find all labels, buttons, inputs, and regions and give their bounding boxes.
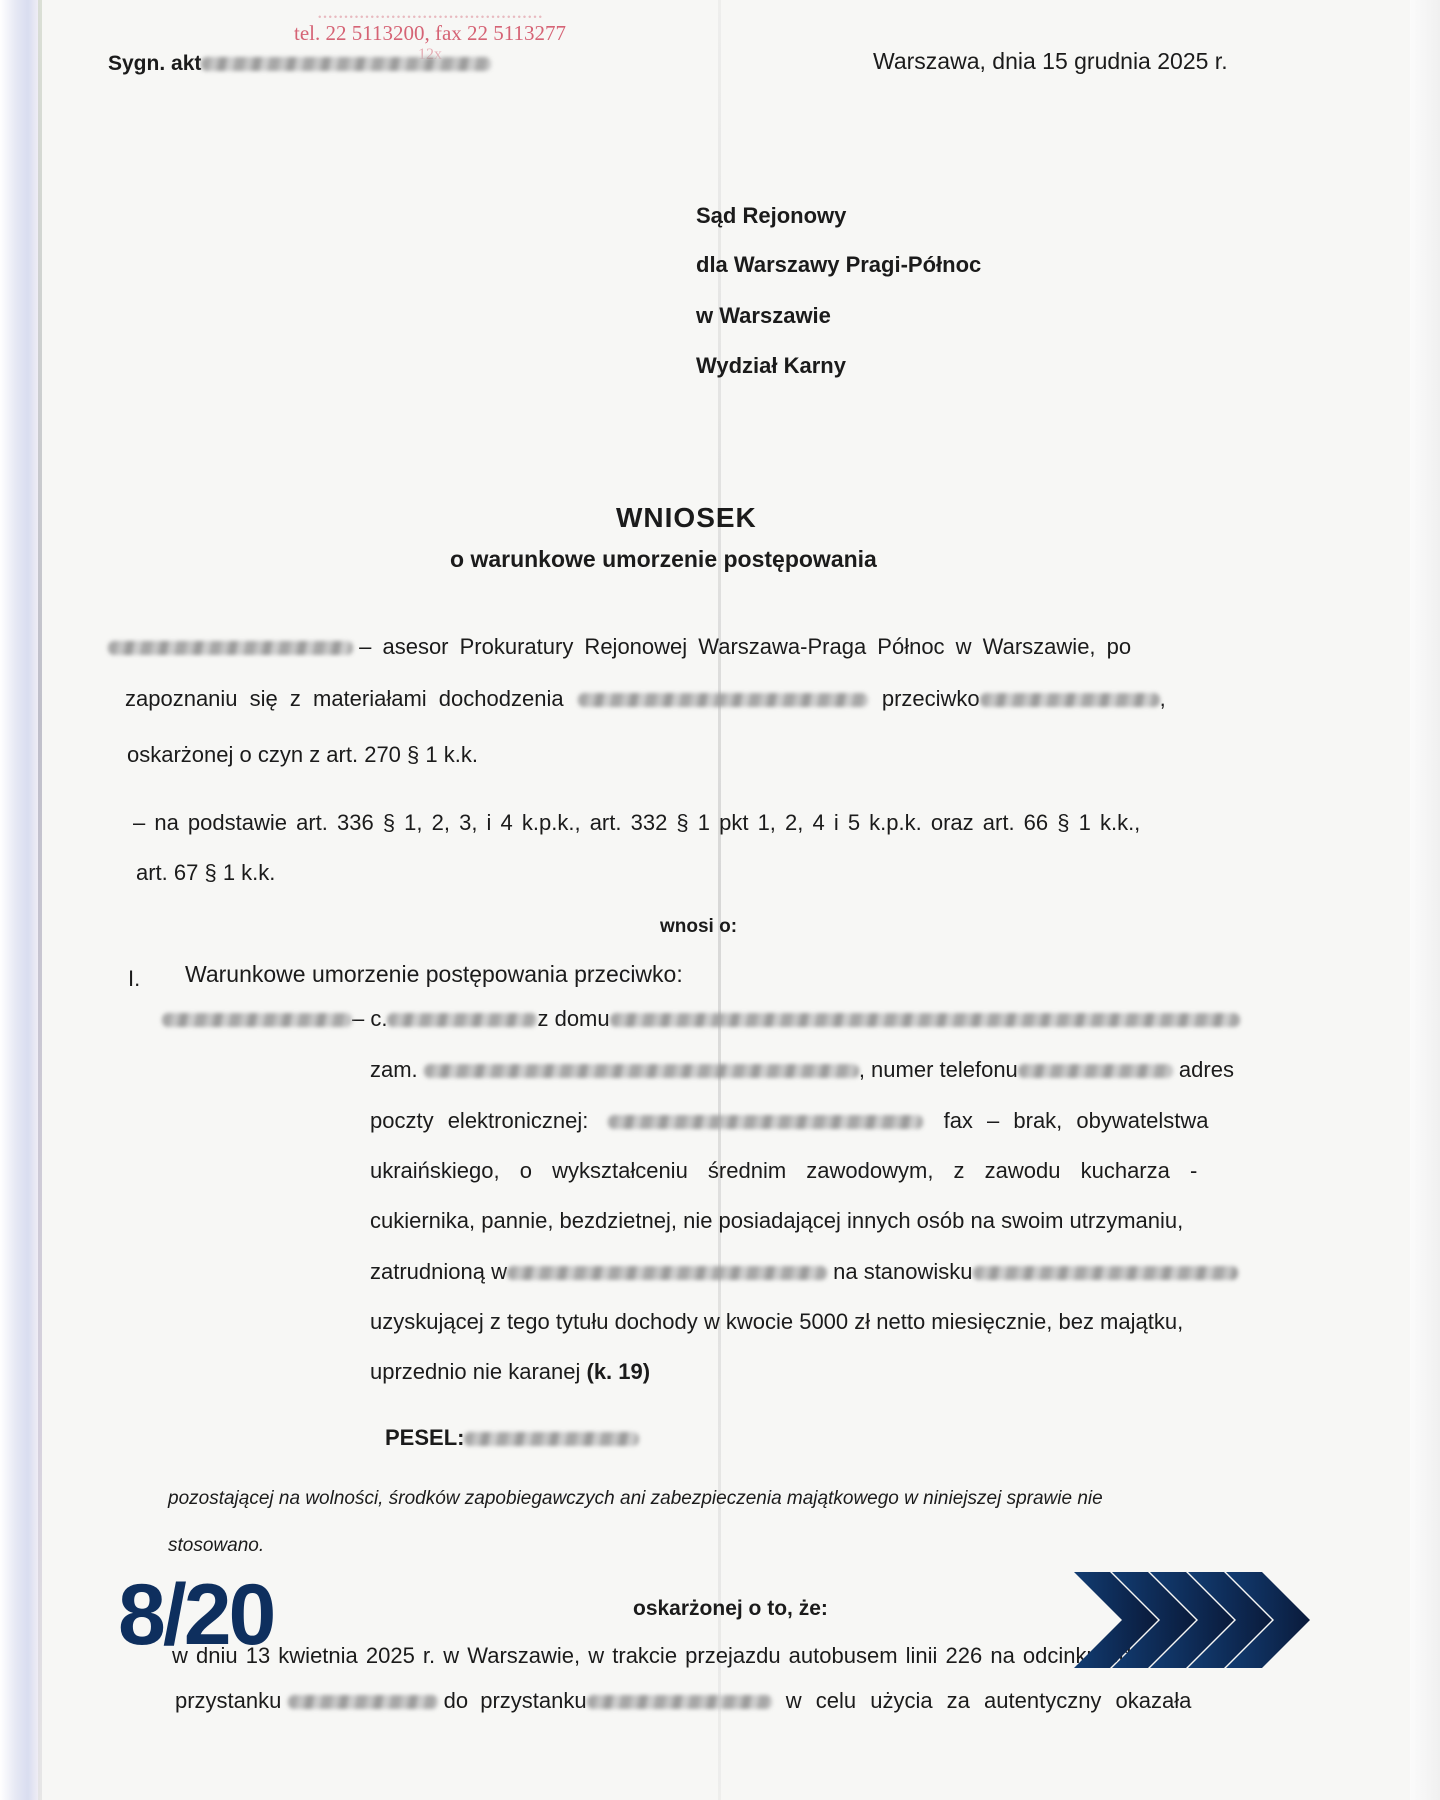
case-ref-label: Sygn. akt — [108, 52, 201, 75]
addressee-city: w Warszawie — [696, 303, 831, 329]
email-label: poczty elektronicznej: — [370, 1108, 588, 1133]
item-title: Warunkowe umorzenie postępowania przeciw… — [185, 961, 683, 988]
email-line: poczty elektronicznej: fax – brak, obywa… — [370, 1108, 1260, 1134]
intro-comma: , — [1160, 686, 1166, 711]
scan-left-edge — [0, 0, 40, 1800]
record-text: uprzednio nie karanej — [370, 1359, 580, 1384]
stop-to-label: do przystanku — [444, 1688, 587, 1713]
phone-label: , numer telefonu — [859, 1057, 1018, 1082]
employer-label: zatrudnioną w — [370, 1259, 507, 1284]
family-line: cukiernika, pannie, bezdzietnej, nie pos… — [370, 1208, 1260, 1234]
address-label: zam. — [370, 1057, 418, 1082]
intro-text-2b: przeciwko — [882, 686, 980, 711]
paper-edge — [38, 0, 42, 1800]
redacted-address — [424, 1064, 859, 1078]
redacted-position — [973, 1266, 1238, 1280]
email-label-start: adres — [1179, 1057, 1234, 1082]
addressee-court: Sąd Rejonowy — [696, 203, 846, 229]
document-title: WNIOSEK — [616, 502, 757, 534]
employment-line: zatrudnioną w na stanowisku — [370, 1259, 1260, 1285]
income-line: uzyskującej z tego tytułu dochody w kwoc… — [370, 1309, 1260, 1335]
education-line: ukraińskiego, o wykształceniu średnim za… — [370, 1158, 1260, 1184]
criminal-record-line: uprzednio nie karanej (k. 19) — [370, 1359, 1260, 1385]
pesel-field: PESEL: — [385, 1425, 639, 1451]
custody-note-line-1: pozostającej na wolności, środków zapobi… — [168, 1488, 1103, 1510]
redacted-phone — [1018, 1064, 1173, 1078]
position-label: na stanowisku — [833, 1259, 972, 1284]
redacted-pesel — [464, 1432, 639, 1446]
redacted-email — [608, 1115, 923, 1129]
case-reference: Sygn. akt — [108, 52, 491, 76]
document-subtitle: o warunkowe umorzenie postępowania — [450, 546, 877, 573]
stamp-line-top: ........................................… — [230, 0, 630, 22]
charge-text-end: w celu użycia za autentyczny okazała — [786, 1688, 1192, 1713]
redacted-full-name — [162, 1013, 352, 1027]
redacted-case-number — [201, 57, 491, 71]
intro-line-1: – asesor Prokuratury Rejonowej Warszawa-… — [108, 634, 1263, 660]
stop-from-label: przystanku — [175, 1688, 281, 1713]
place-and-date: Warszawa, dnia 15 grudnia 2025 r. — [873, 48, 1228, 75]
redacted-prosecutor-name — [108, 641, 353, 655]
fax-citizenship-text: fax – brak, obywatelstwa — [944, 1108, 1209, 1133]
pesel-label: PESEL: — [385, 1425, 464, 1450]
intro-line-3: oskarżonej o czyn z art. 270 § 1 k.k. — [127, 742, 478, 768]
chevrons-right-icon — [1074, 1572, 1314, 1668]
custody-note-line-2: stosowano. — [168, 1535, 264, 1557]
intro-line-2: zapoznaniu się z materiałami dochodzenia… — [125, 686, 1166, 712]
charge-heading: oskarżonej o to, że: — [633, 1597, 828, 1621]
maiden-name-label: z domu — [537, 1006, 609, 1031]
redacted-stop-from — [288, 1695, 438, 1709]
father-name-label: – c. — [352, 1006, 387, 1031]
redacted-father-name — [387, 1013, 537, 1027]
next-page-button[interactable] — [1074, 1572, 1314, 1668]
legal-basis-line-2: art. 67 § 1 k.k. — [136, 860, 275, 886]
intro-text-1: – asesor Prokuratury Rejonowej Warszawa-… — [359, 634, 1131, 659]
redacted-maiden-name — [610, 1013, 1240, 1027]
redacted-case-id — [578, 693, 868, 707]
file-card-reference: (k. 19) — [587, 1359, 651, 1384]
addressee-district: dla Warszawy Pragi-Północ — [696, 252, 981, 278]
item-number: I. — [128, 966, 140, 992]
scan-right-edge — [1410, 0, 1440, 1800]
address-line: zam. , numer telefonu adres — [370, 1057, 1260, 1083]
redacted-stop-to — [587, 1695, 772, 1709]
legal-basis-line-1: – na podstawie art. 336 § 1, 2, 3, i 4 k… — [133, 810, 1140, 836]
stamp-contact: tel. 22 5113200, fax 22 5113277 — [230, 22, 630, 44]
addressee-division: Wydział Karny — [696, 353, 846, 379]
redacted-employer — [507, 1266, 827, 1280]
request-heading: wnosi o: — [660, 916, 737, 938]
redacted-defendant-name — [980, 693, 1160, 707]
intro-text-2a: zapoznaniu się z materiałami dochodzenia — [125, 686, 564, 711]
page-counter: 8/20 — [118, 1572, 273, 1658]
defendant-name-line: – c.z domu — [162, 1006, 1240, 1032]
charge-line-2: przystanku do przystanku w celu użycia z… — [175, 1688, 1191, 1714]
charge-line-1: w dniu 13 kwietnia 2025 r. w Warszawie, … — [172, 1643, 1131, 1669]
